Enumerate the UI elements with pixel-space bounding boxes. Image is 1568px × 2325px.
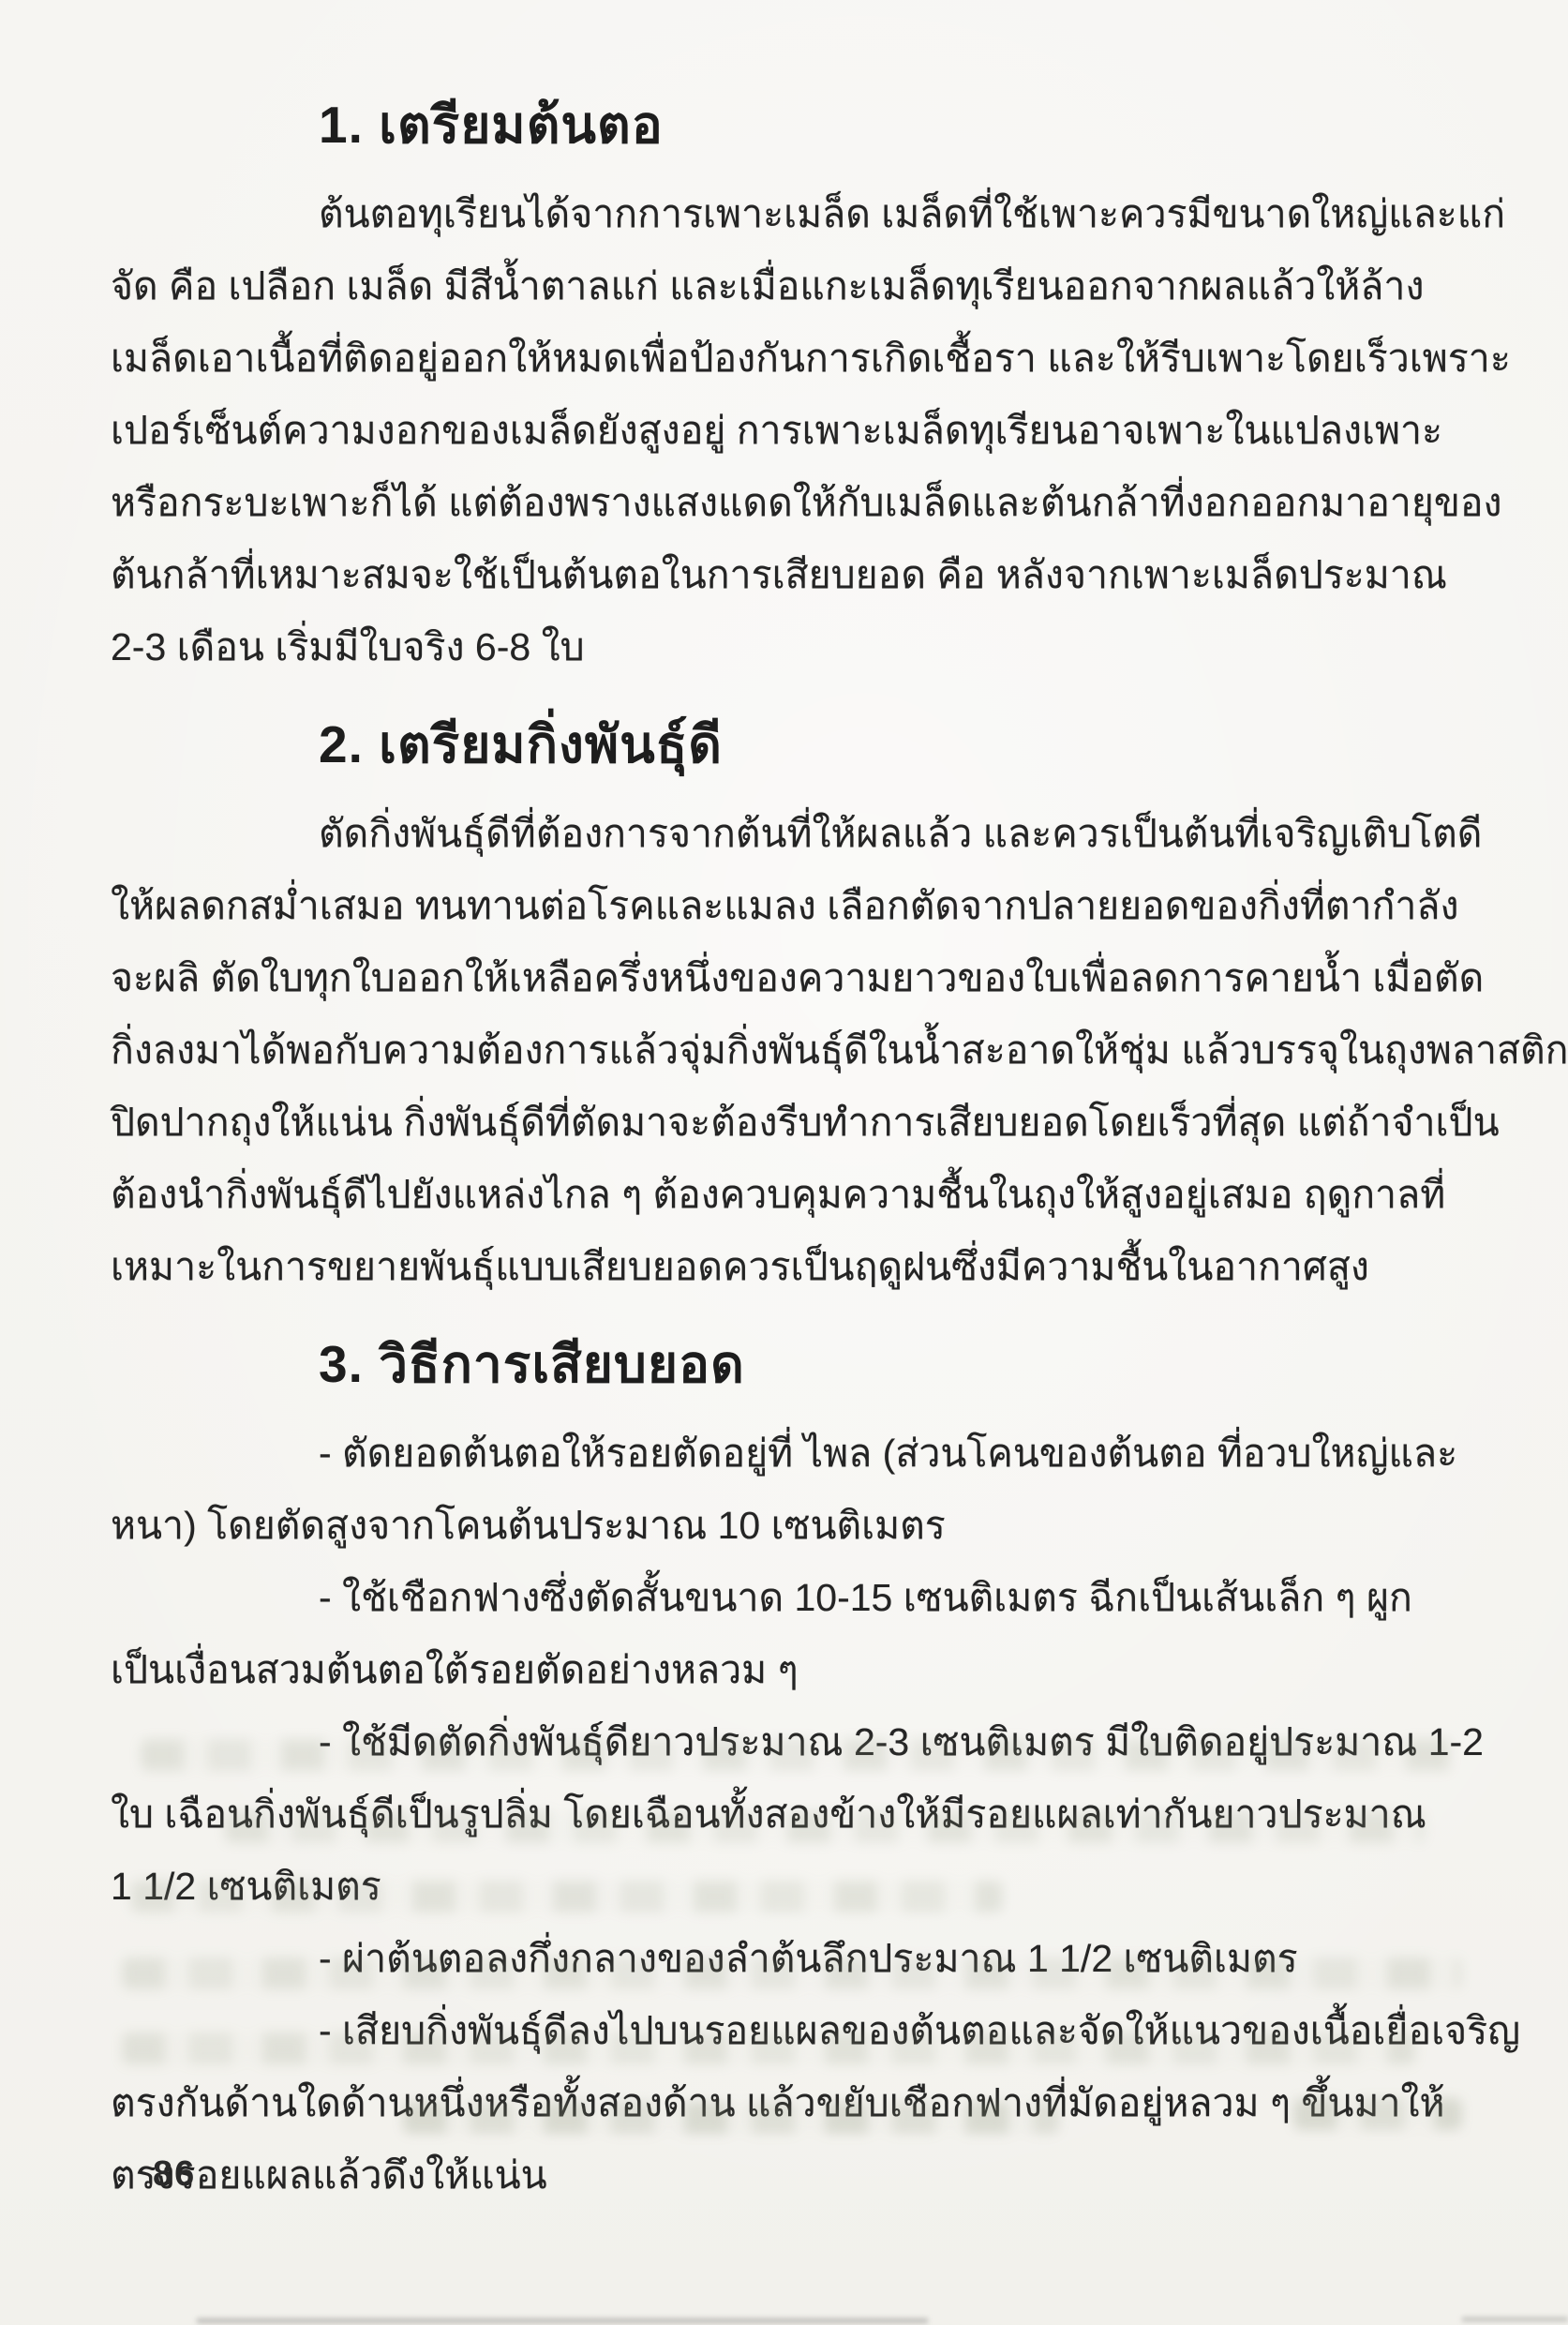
text-line: - เสียบกิ่งพันธุ์ดีลงไปบนรอยแผลของต้นตอแ… [111,1995,1457,2067]
text-line: 1 1/2 เซนติเมตร [111,1851,1457,1923]
text-line: เมล็ดเอาเนื้อที่ติดอยู่ออกให้หมดเพื่อป้อ… [111,322,1457,395]
text-line: ใบ เฉือนกิ่งพันธุ์ดีเป็นรูปลิ่ม โดยเฉือน… [111,1778,1457,1851]
text-line: จัด คือ เปลือก เมล็ด มีสีน้ำตาลแก่ และเม… [111,250,1457,322]
section-heading: 3. วิธีการเสียบยอด [319,1333,1457,1395]
page-number: 86 [153,2154,196,2195]
text-line: เปอร์เซ็นต์ความงอกของเมล็ดยังสูงอยู่ การ… [111,395,1457,467]
text-line: ให้ผลดกสม่ำเสมอ ทนทานต่อโรคและแมลง เลือก… [111,870,1457,942]
section-prepare-scion: 2. เตรียมกิ่งพันธุ์ดี ตัดกิ่งพันธุ์ดีที่… [111,713,1457,1303]
text-line: หรือกระบะเพาะก็ได้ แต่ต้องพรางแสงแดดให้ก… [111,467,1457,539]
text-line: จะผลิ ตัดใบทุกใบออกให้เหลือครึ่งหนึ่งของ… [111,942,1457,1014]
text-line: - ใช้เชือกฟางซึ่งตัดสั้นขนาด 10-15 เซนติ… [111,1562,1457,1634]
text-line: 2-3 เดือน เริ่มมีใบจริง 6-8 ใบ [111,611,1457,683]
section-heading: 2. เตรียมกิ่งพันธุ์ดี [319,713,1457,775]
scanned-book-page: 1. เตรียมต้นตอ ต้นตอทุเรียนได้จากการเพาะ… [0,0,1568,2325]
text-line: - ตัดยอดต้นตอให้รอยตัดอยู่ที่ ไพล (ส่วนโ… [111,1417,1457,1490]
section-prepare-rootstock: 1. เตรียมต้นตอ ต้นตอทุเรียนได้จากการเพาะ… [111,94,1457,683]
scan-edge-artifact [1462,2317,1568,2321]
text-line: ต้องนำกิ่งพันธุ์ดีไปยังแหล่งไกล ๆ ต้องคว… [111,1159,1457,1231]
text-line: ตรงกันด้านใดด้านหนึ่งหรือทั้งสองด้าน แล้… [111,2067,1457,2139]
text-line: เหมาะในการขยายพันธุ์แบบเสียบยอดควรเป็นฤด… [111,1231,1457,1303]
text-line: ต้นกล้าที่เหมาะสมจะใช้เป็นต้นตอในการเสีย… [111,539,1457,611]
page-content: 1. เตรียมต้นตอ ต้นตอทุเรียนได้จากการเพาะ… [0,0,1568,2212]
text-line: หนา) โดยตัดสูงจากโคนต้นประมาณ 10 เซนติเม… [111,1490,1457,1562]
text-line: ปิดปากถุงให้แน่น กิ่งพันธุ์ดีที่ตัดมาจะต… [111,1087,1457,1159]
text-line: ตัดกิ่งพันธุ์ดีที่ต้องการจากต้นที่ให้ผลแ… [111,798,1457,870]
scan-edge-artifact [197,2318,928,2323]
section-grafting-method: 3. วิธีการเสียบยอด - ตัดยอดต้นตอให้รอยตั… [111,1333,1457,2212]
text-line: กิ่งลงมาได้พอกับความต้องการแล้วจุ่มกิ่งพ… [111,1014,1457,1087]
section-heading: 1. เตรียมต้นตอ [319,94,1457,156]
text-line: ต้นตอทุเรียนได้จากการเพาะเมล็ด เมล็ดที่ใ… [111,178,1457,250]
text-line: เป็นเงื่อนสวมต้นตอใต้รอยตัดอย่างหลวม ๆ [111,1634,1457,1706]
text-line: - ผ่าต้นตอลงกึ่งกลางของลำต้นลึกประมาณ 1 … [111,1923,1457,1995]
text-line: ตรงรอยแผลแล้วดึงให้แน่น [111,2139,1457,2212]
text-line: - ใช้มีดตัดกิ่งพันธุ์ดียาวประมาณ 2-3 เซน… [111,1706,1457,1778]
